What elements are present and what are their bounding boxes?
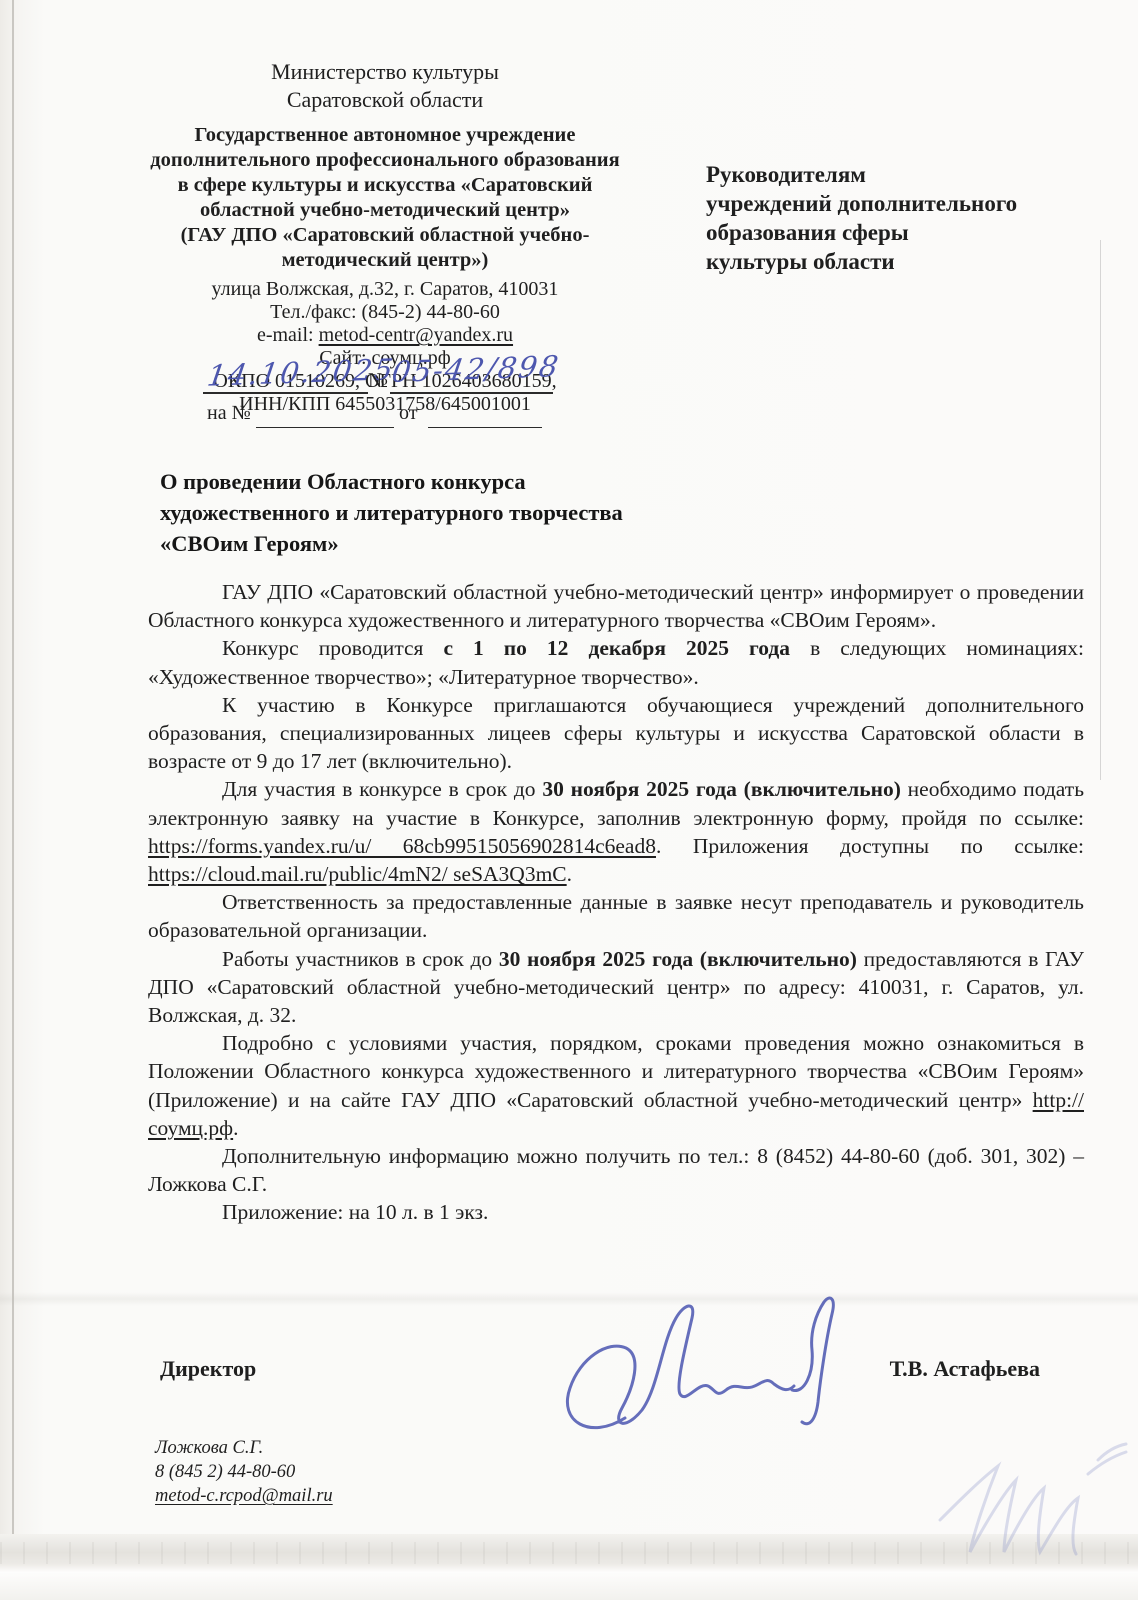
scanned-letter-page: Министерство культурыСаратовской области…: [0, 0, 1138, 1600]
organization-line: методический центр»): [150, 248, 620, 273]
recipient-block: Руководителямучреждений дополнительногоо…: [706, 160, 1096, 276]
contact-line: e-mail: metod-centr@yandex.ru: [150, 324, 620, 347]
signer-name: Т.В. Астафьева: [890, 1356, 1040, 1382]
subject-line: О проведении Областного конкурса: [160, 466, 800, 497]
organization-name-block: Государственное автономное учреждениедоп…: [150, 123, 620, 273]
organization-line: областной учебно-методический центр»: [150, 198, 620, 223]
executor-name: Ложкова С.Г.: [155, 1436, 333, 1460]
scan-crease-right: [1100, 240, 1101, 780]
text-segment: ГАУ ДПО «Саратовский областной учебно-ме…: [148, 580, 1084, 632]
subject-line: «СВОим Героям»: [160, 528, 800, 559]
organization-line: Государственное автономное учреждение: [150, 123, 620, 148]
body-paragraph: Конкурс проводится с 1 по 12 декабря 202…: [148, 634, 1084, 690]
text-segment: с 1 по 12 декабря 2025 года: [443, 636, 790, 660]
text-segment: 30 ноября 2025 года (включительно): [499, 947, 857, 971]
ministry-line: Саратовской области: [150, 86, 620, 114]
text-segment: ИНН/КПП 6455031758/645001001: [239, 393, 531, 415]
signature-stroke-flourish: [792, 1298, 833, 1424]
recipient-line: культуры области: [706, 247, 1096, 276]
text-segment: Для участия в конкурсе в срок до: [222, 777, 542, 801]
executor-email[interactable]: metod-c.rcpod@mail.ru: [155, 1484, 333, 1508]
organization-line: (ГАУ ДПО «Саратовский областной учебно-: [150, 223, 620, 248]
date-underline: [203, 392, 368, 394]
executor-block: Ложкова С.Г. 8 (845 2) 44-80-60 metod-c.…: [155, 1436, 333, 1508]
recipient-line: учреждений дополнительного: [706, 189, 1096, 218]
recipient-line: образования сферы: [706, 218, 1096, 247]
body-paragraph: Приложение: на 10 л. в 1 экз.: [148, 1198, 1084, 1226]
organization-line: в сфере культуры и искусства «Саратовски…: [150, 173, 620, 198]
text-segment: . Приложения доступны по ссылке:: [656, 834, 1084, 858]
ministry-line: Министерство культуры: [150, 58, 620, 86]
text-segment: К участию в Конкурсе приглашаются обучаю…: [148, 693, 1084, 773]
recipient-line: Руководителям: [706, 160, 1096, 189]
text-segment: Работы участников в срок до: [222, 947, 499, 971]
text-segment: e-mail:: [257, 324, 319, 346]
body-paragraph: Работы участников в срок до 30 ноября 20…: [148, 945, 1084, 1030]
executor-phone: 8 (845 2) 44-80-60: [155, 1460, 333, 1484]
text-segment: Дополнительную информацию можно получить…: [148, 1144, 1084, 1196]
ministry-block: Министерство культурыСаратовской области: [150, 58, 620, 114]
text-segment: Приложение: на 10 л. в 1 экз.: [222, 1200, 488, 1224]
subject-block: О проведении Областного конкурсахудожест…: [160, 466, 800, 559]
incoming-from-label: от: [399, 402, 417, 425]
text-segment: Ответственность за предоставленные данны…: [148, 890, 1084, 942]
handwritten-outgoing-number: 05-42/898: [389, 349, 563, 389]
text-segment: .: [567, 862, 572, 886]
signer-position: Директор: [160, 1356, 256, 1382]
contact-line: Тел./факс: (845-2) 44-80-60: [150, 301, 620, 324]
text-segment: Тел./факс: (845-2) 44-80-60: [270, 301, 500, 323]
number-sign-label: №: [368, 368, 388, 393]
handwritten-date: 14.10.2025: [205, 353, 369, 392]
body-paragraph: Дополнительную информацию можно получить…: [148, 1142, 1084, 1198]
contact-line: улица Волжская, д.32, г. Саратов, 410031: [150, 278, 620, 301]
subject-line: художественного и литературного творчест…: [160, 497, 800, 528]
text-segment: Конкурс проводится: [222, 636, 443, 660]
letter-body: ГАУ ДПО «Саратовский областной учебно-ме…: [148, 578, 1084, 1227]
body-paragraph: ГАУ ДПО «Саратовский областной учебно-ме…: [148, 578, 1084, 634]
organization-contacts-block: улица Волжская, д.32, г. Саратов, 410031…: [150, 278, 620, 416]
body-paragraph: Подробно с условиями участия, порядком, …: [148, 1029, 1084, 1142]
body-paragraph: Для участия в конкурсе в срок до 30 нояб…: [148, 775, 1084, 888]
body-paragraph: Ответственность за предоставленные данны…: [148, 888, 1084, 944]
ink-bleed-through: [920, 1440, 1130, 1580]
scan-edge-left: [12, 0, 14, 1600]
link-text[interactable]: https://cloud.mail.ru/public/4mN2/ seSA3…: [148, 862, 567, 886]
text-segment: .: [233, 1116, 238, 1140]
text-segment: Подробно с условиями участия, порядком, …: [148, 1031, 1084, 1111]
incoming-from-underline: [428, 427, 542, 428]
text-segment: 30 ноября 2025 года (включительно): [542, 777, 901, 801]
handwritten-signature: [530, 1290, 890, 1450]
link-text[interactable]: https://forms.yandex.ru/u/ 68cb995150569…: [148, 834, 656, 858]
organization-line: дополнительного профессионального образо…: [150, 148, 620, 173]
body-paragraph: К участию в Конкурсе приглашаются обучаю…: [148, 691, 1084, 776]
link-text[interactable]: metod-centr@yandex.ru: [319, 324, 513, 346]
signature-stroke-main: [567, 1306, 794, 1428]
incoming-number-label: на №: [207, 402, 251, 425]
incoming-number-underline: [256, 427, 394, 428]
number-underline: [390, 392, 553, 394]
text-segment: улица Волжская, д.32, г. Саратов, 410031: [212, 278, 559, 300]
